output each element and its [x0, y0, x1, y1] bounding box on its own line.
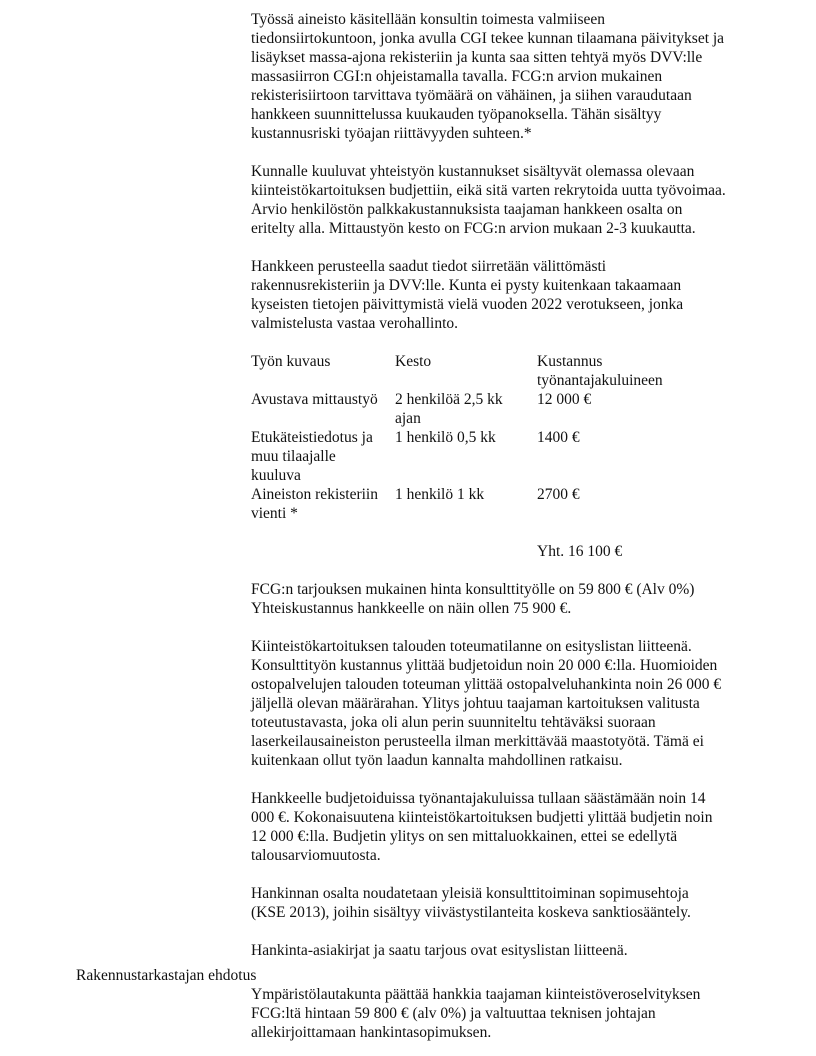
cell-duration: 1 henkilö 0,5 kk: [395, 428, 537, 485]
table-row: Avustava mittaustyö 2 henkilöä 2,5 kk aj…: [251, 390, 697, 428]
paragraph-offer-price: FCG:n tarjouksen mukainen hinta konsultt…: [251, 580, 751, 618]
header-cost: Kustannus työnantajakuluineen: [537, 352, 697, 390]
cell-description: Etukäteistiedotus ja muu tilaajalle kuul…: [251, 428, 395, 485]
paragraph-savings: Hankkeelle budjetoiduissa työnantajakulu…: [251, 789, 751, 865]
table-row: Aineiston rekisteriin vienti * 1 henkilö…: [251, 485, 697, 523]
cell-duration: 2 henkilöä 2,5 kk ajan: [395, 390, 537, 428]
paragraph-contract-terms: Hankinnan osalta noudatetaan yleisiä kon…: [251, 884, 751, 922]
paragraph-data-processing: Työssä aineisto käsitellään konsultin to…: [251, 10, 751, 143]
cell-total: Yht. 16 100 €: [537, 523, 697, 561]
table-header-row: Työn kuvaus Kesto Kustannus työnantajaku…: [251, 352, 697, 390]
paragraph-attachments: Hankinta-asiakirjat ja saatu tarjous ova…: [251, 941, 751, 960]
paragraph-budget-status: Kiinteistökartoituksen talouden toteumat…: [251, 637, 751, 770]
header-duration: Kesto: [395, 352, 537, 390]
table-total-row: Yht. 16 100 €: [251, 523, 697, 561]
cost-table: Työn kuvaus Kesto Kustannus työnantajaku…: [251, 352, 697, 561]
cell-description: Avustava mittaustyö: [251, 390, 395, 428]
cell-cost: 1400 €: [537, 428, 697, 485]
paragraph-data-transfer: Hankkeen perusteella saadut tiedot siirr…: [251, 257, 751, 333]
header-work-description: Työn kuvaus: [251, 352, 395, 390]
proposal-text: Ympäristölautakunta päättää hankkia taaj…: [251, 985, 751, 1042]
table-row: Etukäteistiedotus ja muu tilaajalle kuul…: [251, 428, 697, 485]
cell-cost: 2700 €: [537, 485, 697, 523]
cell-cost: 12 000 €: [537, 390, 697, 428]
cell-duration: 1 henkilö 1 kk: [395, 485, 537, 523]
paragraph-municipality-costs: Kunnalle kuuluvat yhteistyön kustannukse…: [251, 162, 751, 238]
document-body: Työssä aineisto käsitellään konsultin to…: [251, 10, 751, 979]
cell-description: Aineiston rekisteriin vienti *: [251, 485, 395, 523]
proposal-heading: Rakennustarkastajan ehdotus: [76, 966, 256, 985]
